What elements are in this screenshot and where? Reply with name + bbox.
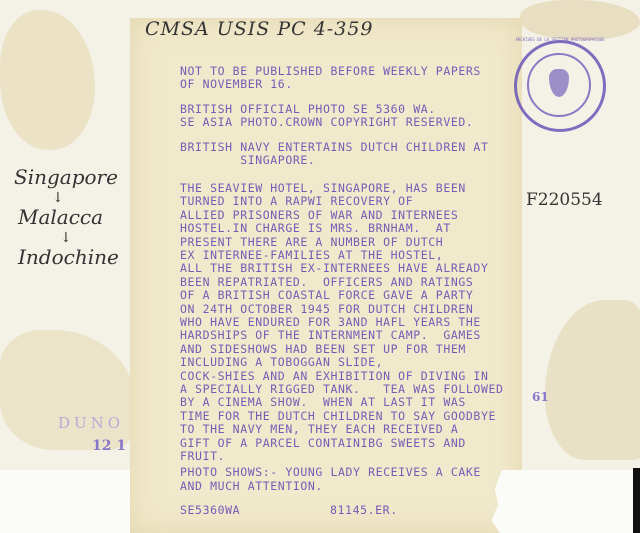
arrow-down-icon: ↓ — [52, 190, 64, 206]
footer-ref: SE5360WA — [180, 504, 240, 518]
embargo-line-2: OF NOVEMBER 16. — [180, 78, 293, 92]
handwritten-header: CMSA USIS PC 4-359 — [145, 18, 374, 40]
paper-stain — [520, 0, 640, 40]
footer-code: 81145.ER. — [330, 504, 398, 518]
shield-icon — [549, 69, 569, 97]
faded-stamp-number: 12 1 — [92, 438, 126, 454]
caption-body-line: TO THE NAVY MEN, THEY EACH RECEIVED A — [180, 423, 458, 437]
photo-shows-line-2: AND MUCH ATTENTION. — [180, 480, 323, 494]
margin-note-indochine: Indochine — [18, 245, 119, 269]
caption-body-line: BY A CINEMA SHOW. WHEN AT LAST IT WAS — [180, 396, 466, 410]
scan-edge — [633, 468, 640, 533]
caption-body-line: OF A BRITISH COASTAL FORCE GAVE A PARTY — [180, 289, 473, 303]
photo-shows-line-1: PHOTO SHOWS:- YOUNG LADY RECEIVES A CAKE — [180, 466, 481, 480]
caption-body-line: ALL THE BRITISH EX-INTERNEES HAVE ALREAD… — [180, 262, 488, 276]
archive-stamp: ARCHIVES DE LA SECTION PHOTOGRAPHIQUE — [514, 40, 606, 132]
arrow-down-icon: ↓ — [60, 230, 72, 246]
paper-stain — [545, 300, 640, 460]
side-number: 61 — [532, 390, 549, 404]
headline-line-2: SINGAPORE. — [180, 154, 315, 168]
paper-stain — [0, 330, 135, 450]
catalog-number: F220554 — [526, 190, 603, 210]
caption-body-line: FRUIT. — [180, 450, 225, 464]
caption-body-line: HARDSHIPS OF THE INTERNMENT CAMP. GAMES — [180, 329, 481, 343]
stamp-inner-ring — [527, 53, 591, 117]
caption-body-line: HOSTEL.IN CHARGE IS MRS. BRNHAM. AT — [180, 222, 451, 236]
margin-note-singapore: Singapore — [14, 165, 118, 189]
margin-note-malacca: Malacca — [18, 205, 103, 229]
stamp-text: ARCHIVES DE LA SECTION PHOTOGRAPHIQUE — [513, 37, 607, 42]
caption-body-line: INCLUDING A TOBOGGAN SLIDE, — [180, 356, 383, 370]
credit-line-2: SE ASIA PHOTO.CROWN COPYRIGHT RESERVED. — [180, 116, 473, 130]
paper-stain — [0, 10, 95, 150]
caption-body-line: TURNED INTO A RAPWI RECOVERY OF — [180, 195, 413, 209]
